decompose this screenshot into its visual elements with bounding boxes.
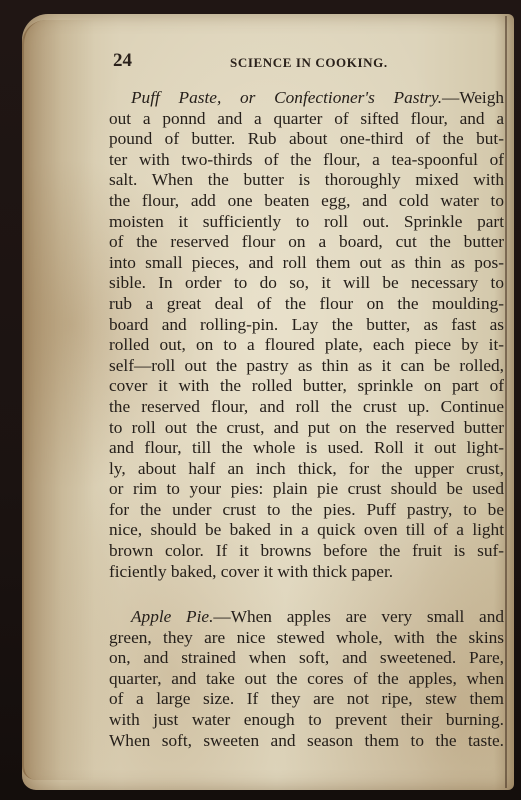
page-number: 24 (113, 50, 132, 72)
text-line: to roll out the crust, and put on the re… (109, 418, 504, 439)
text-line: with just water enough to prevent their … (109, 710, 504, 731)
text-line: rolled out, on to a floured plate, each … (109, 335, 504, 356)
text-line: When soft, sweeten and season them to th… (109, 731, 504, 752)
text-line: moisten it sufficiently to roll out. Spr… (109, 212, 504, 233)
text-line: cover it with the rolled butter, sprinkl… (109, 376, 504, 397)
text-line: quarter, and take out the cores of the a… (109, 669, 504, 690)
text-line: the flour, add one beaten egg, and cold … (109, 191, 504, 212)
text-line: and flour, till the whole is used. Roll … (109, 438, 504, 459)
recipe-title: Apple Pie. (131, 607, 213, 626)
text-line: or rim to your pies: plain pie crust sho… (109, 479, 504, 500)
text-line: pound of butter. Rub about one-third of … (109, 129, 504, 150)
text-line: ter with two-thirds of the flour, a tea-… (109, 150, 504, 171)
text-line: board and rolling-pin. Lay the butter, a… (109, 315, 504, 336)
text-line: rub a great deal of the flour on the mou… (109, 294, 504, 315)
text-line: sible. In order to do so, it will be nec… (109, 273, 504, 294)
page-header: 24 SCIENCE IN COOKING. (112, 50, 412, 74)
text-line: Puff Paste, or Confectioner's Pastry.—We… (109, 88, 504, 109)
text-line: ly, about half an inch thick, for the up… (109, 459, 504, 480)
text-line: green, they are nice stewed whole, with … (109, 628, 504, 649)
recipe-apple-pie: Apple Pie.—When apples are very small an… (109, 607, 504, 751)
text-line: brown color. If it browns before the fru… (109, 541, 504, 562)
recipe-puff-paste: Puff Paste, or Confectioner's Pastry.—We… (109, 88, 504, 582)
text-line: Apple Pie.—When apples are very small an… (109, 607, 504, 628)
text-line: nice, should be baked in a quick oven ti… (109, 520, 504, 541)
text-line: into small pieces, and roll them out as … (109, 253, 504, 274)
text-line: on, and strained when soft, and sweetene… (109, 648, 504, 669)
recipe-title: Puff Paste, or Confectioner's Pastry. (131, 88, 442, 107)
text-line: ficiently baked, cover it with thick pap… (109, 562, 504, 583)
running-head: SCIENCE IN COOKING. (230, 55, 388, 71)
text-line: self—roll out the pastry as thin as it c… (109, 356, 504, 377)
text-line: salt. When the butter is thoroughly mixe… (109, 170, 504, 191)
text-line: of a large size. If they are not ripe, s… (109, 689, 504, 710)
text-line: the reserved flour, and roll the crust u… (109, 397, 504, 418)
text-line: for the under crust to the pies. Puff pa… (109, 500, 504, 521)
page-gutter (505, 16, 507, 788)
text-line: of the reserved flour on a board, cut th… (109, 232, 504, 253)
text-line: out a ponnd and a quarter of sifted flou… (109, 109, 504, 130)
